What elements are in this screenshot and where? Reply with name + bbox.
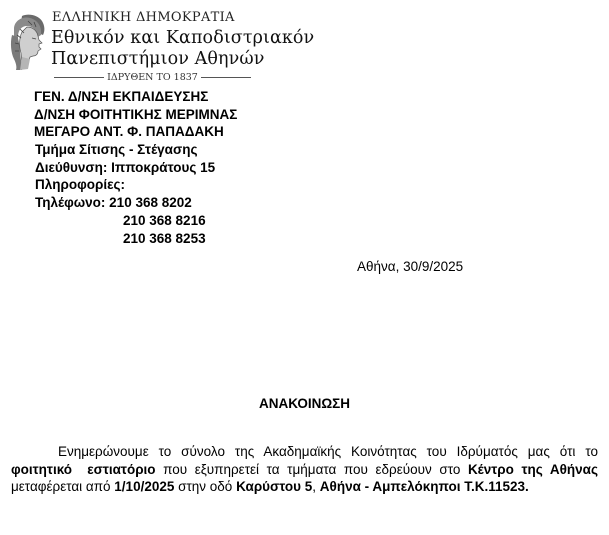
announcement-body: Ενημερώνουμε το σύνολο της Ακαδημαϊκής Κ… <box>11 443 598 496</box>
athena-head-logo-icon <box>8 13 48 71</box>
body-text-4: στην οδό <box>174 479 236 494</box>
body-text-2: που εξυπηρετεί τα τμήματα που εδρεύουν σ… <box>156 462 468 477</box>
sender-phone-2: 210 368 8216 <box>34 212 237 230</box>
body-text-1: Ενημερώνουμε το σύνολο της Ακαδημαϊκής Κ… <box>58 444 598 459</box>
sender-phone-label: Τηλέφωνο: <box>35 195 105 210</box>
sender-directorate: ΓΕΝ. Δ/ΝΣΗ ΕΚΠΑΙΔΕΥΣΗΣ <box>34 88 237 106</box>
letterhead-university-line2: Πανεπιστήμιον Αθηνών <box>51 49 264 69</box>
sender-phone-line: Τηλέφωνο: 210 368 8202 <box>34 194 237 212</box>
document-date: Αθήνα, 30/9/2025 <box>357 259 463 274</box>
sender-block: ΓΕΝ. Δ/ΝΣΗ ΕΚΠΑΙΔΕΥΣΗΣ Δ/ΝΣΗ ΦΟΙΤΗΤΙΚΗΣ … <box>34 88 237 247</box>
sender-info-label: Πληροφορίες: <box>34 176 237 194</box>
body-bold-location: Κέντρο της Αθήνας <box>468 462 598 477</box>
body-bold-area: Αθήνα - Αμπελόκηποι Τ.Κ.11523. <box>320 479 529 494</box>
divider <box>54 77 104 78</box>
letterhead-country: ΕΛΛΗΝΙΚΗ ΔΗΜΟΚΡΑΤΙΑ <box>52 10 235 25</box>
sender-division: Δ/ΝΣΗ ΦΟΙΤΗΤΙΚΗΣ ΜΕΡΙΜΝΑΣ <box>34 106 237 124</box>
divider <box>201 77 251 78</box>
announcement-heading: ΑΝΑΚΟΙΝΩΣΗ <box>0 396 609 411</box>
letterhead-founded: ΙΔΡΥΘΕΝ ΤΟ 1837 <box>54 72 251 83</box>
body-bold-date: 1/10/2025 <box>114 479 174 494</box>
announcement-title: ΑΝΑΚΟΙΝΩΣΗ <box>259 396 350 411</box>
sender-phone-3: 210 368 8253 <box>34 230 237 248</box>
body-text-5: , <box>312 479 320 494</box>
sender-department: Τμήμα Σίτισης - Στέγασης <box>34 141 237 159</box>
letterhead-university-line1: Εθνικόν και Καποδιστριακόν <box>51 28 314 48</box>
body-bold-restaurant: φοιτητικό εστιατόριο <box>11 462 156 477</box>
body-text-3: μεταφέρεται από <box>11 479 114 494</box>
sender-address: Διεύθυνση: Ιπποκράτους 15 <box>34 159 237 177</box>
sender-phone-1: 210 368 8202 <box>109 195 192 210</box>
sender-building: ΜΕΓΑΡΟ ΑΝΤ. Φ. ΠΑΠΑΔΑΚΗ <box>34 123 237 141</box>
body-bold-street: Καρύστου 5 <box>236 479 312 494</box>
letterhead-founded-text: ΙΔΡΥΘΕΝ ΤΟ 1837 <box>104 72 201 83</box>
